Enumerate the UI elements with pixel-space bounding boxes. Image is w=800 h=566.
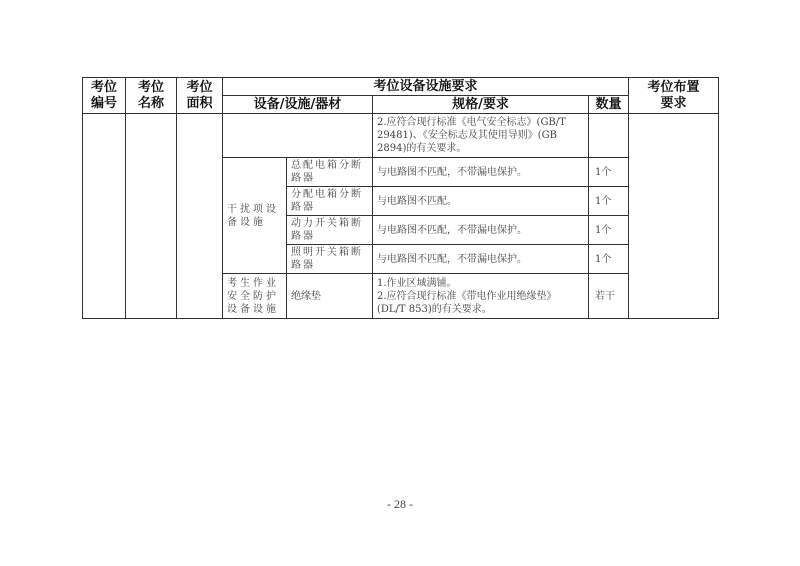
equipment-name-cell: 总配电箱分断路器 — [287, 158, 373, 187]
spec-cell: 与电路图不匹配，不带漏电保护。 — [373, 245, 589, 274]
quantity-cell — [589, 114, 629, 158]
header-station-name: 考位 名称 — [126, 78, 177, 114]
spec-line: 1.作业区域满铺。 — [377, 277, 584, 290]
page-number: - 28 - — [0, 497, 800, 512]
station-number-cell — [83, 114, 126, 319]
header-equipment-requirements: 考位设备设施要求 — [223, 78, 629, 96]
spec-cell: 2.应符合现行标准《电气安全标志》(GB/T 29481)、《安全标志及其使用导… — [373, 114, 589, 158]
equipment-cell — [223, 114, 373, 158]
header-station-area: 考位 面积 — [177, 78, 223, 114]
category-cell: 考生作业安全防护设备设施 — [223, 274, 287, 319]
table-row: 2.应符合现行标准《电气安全标志》(GB/T 29481)、《安全标志及其使用导… — [83, 114, 719, 158]
equipment-name-cell: 照明开关箱断路器 — [287, 245, 373, 274]
station-name-cell — [126, 114, 177, 319]
spec-line: 2.应符合现行标准《带电作业用绝缘垫》(DL/T 853)的有关要求。 — [377, 290, 584, 316]
exam-station-equipment-table: 考位 编号 考位 名称 考位 面积 考位设备设施要求 考位布置 要求 设备/设施… — [82, 77, 719, 319]
header-quantity: 数量 — [589, 96, 629, 114]
quantity-cell: 1个 — [589, 187, 629, 216]
header-layout-requirements: 考位布置 要求 — [629, 78, 719, 114]
layout-requirements-cell — [629, 114, 719, 319]
header-station-number: 考位 编号 — [83, 78, 126, 114]
spec-cell: 与电路图不匹配。 — [373, 187, 589, 216]
spec-cell: 与电路图不匹配，不带漏电保护。 — [373, 158, 589, 187]
equipment-name-cell: 动力开关箱断路器 — [287, 216, 373, 245]
header-spec: 规格/要求 — [373, 96, 589, 114]
spec-cell: 与电路图不匹配，不带漏电保护。 — [373, 216, 589, 245]
equipment-name-cell: 分配电箱分断路器 — [287, 187, 373, 216]
quantity-cell: 1个 — [589, 216, 629, 245]
equipment-name-cell: 绝缘垫 — [287, 274, 373, 319]
quantity-cell: 1个 — [589, 245, 629, 274]
station-area-cell — [177, 114, 223, 319]
spec-cell: 1.作业区域满铺。 2.应符合现行标准《带电作业用绝缘垫》(DL/T 853)的… — [373, 274, 589, 319]
category-cell: 干扰项设备设施 — [223, 158, 287, 274]
quantity-cell: 1个 — [589, 158, 629, 187]
quantity-cell: 若干 — [589, 274, 629, 319]
header-equipment: 设备/设施/器材 — [223, 96, 373, 114]
